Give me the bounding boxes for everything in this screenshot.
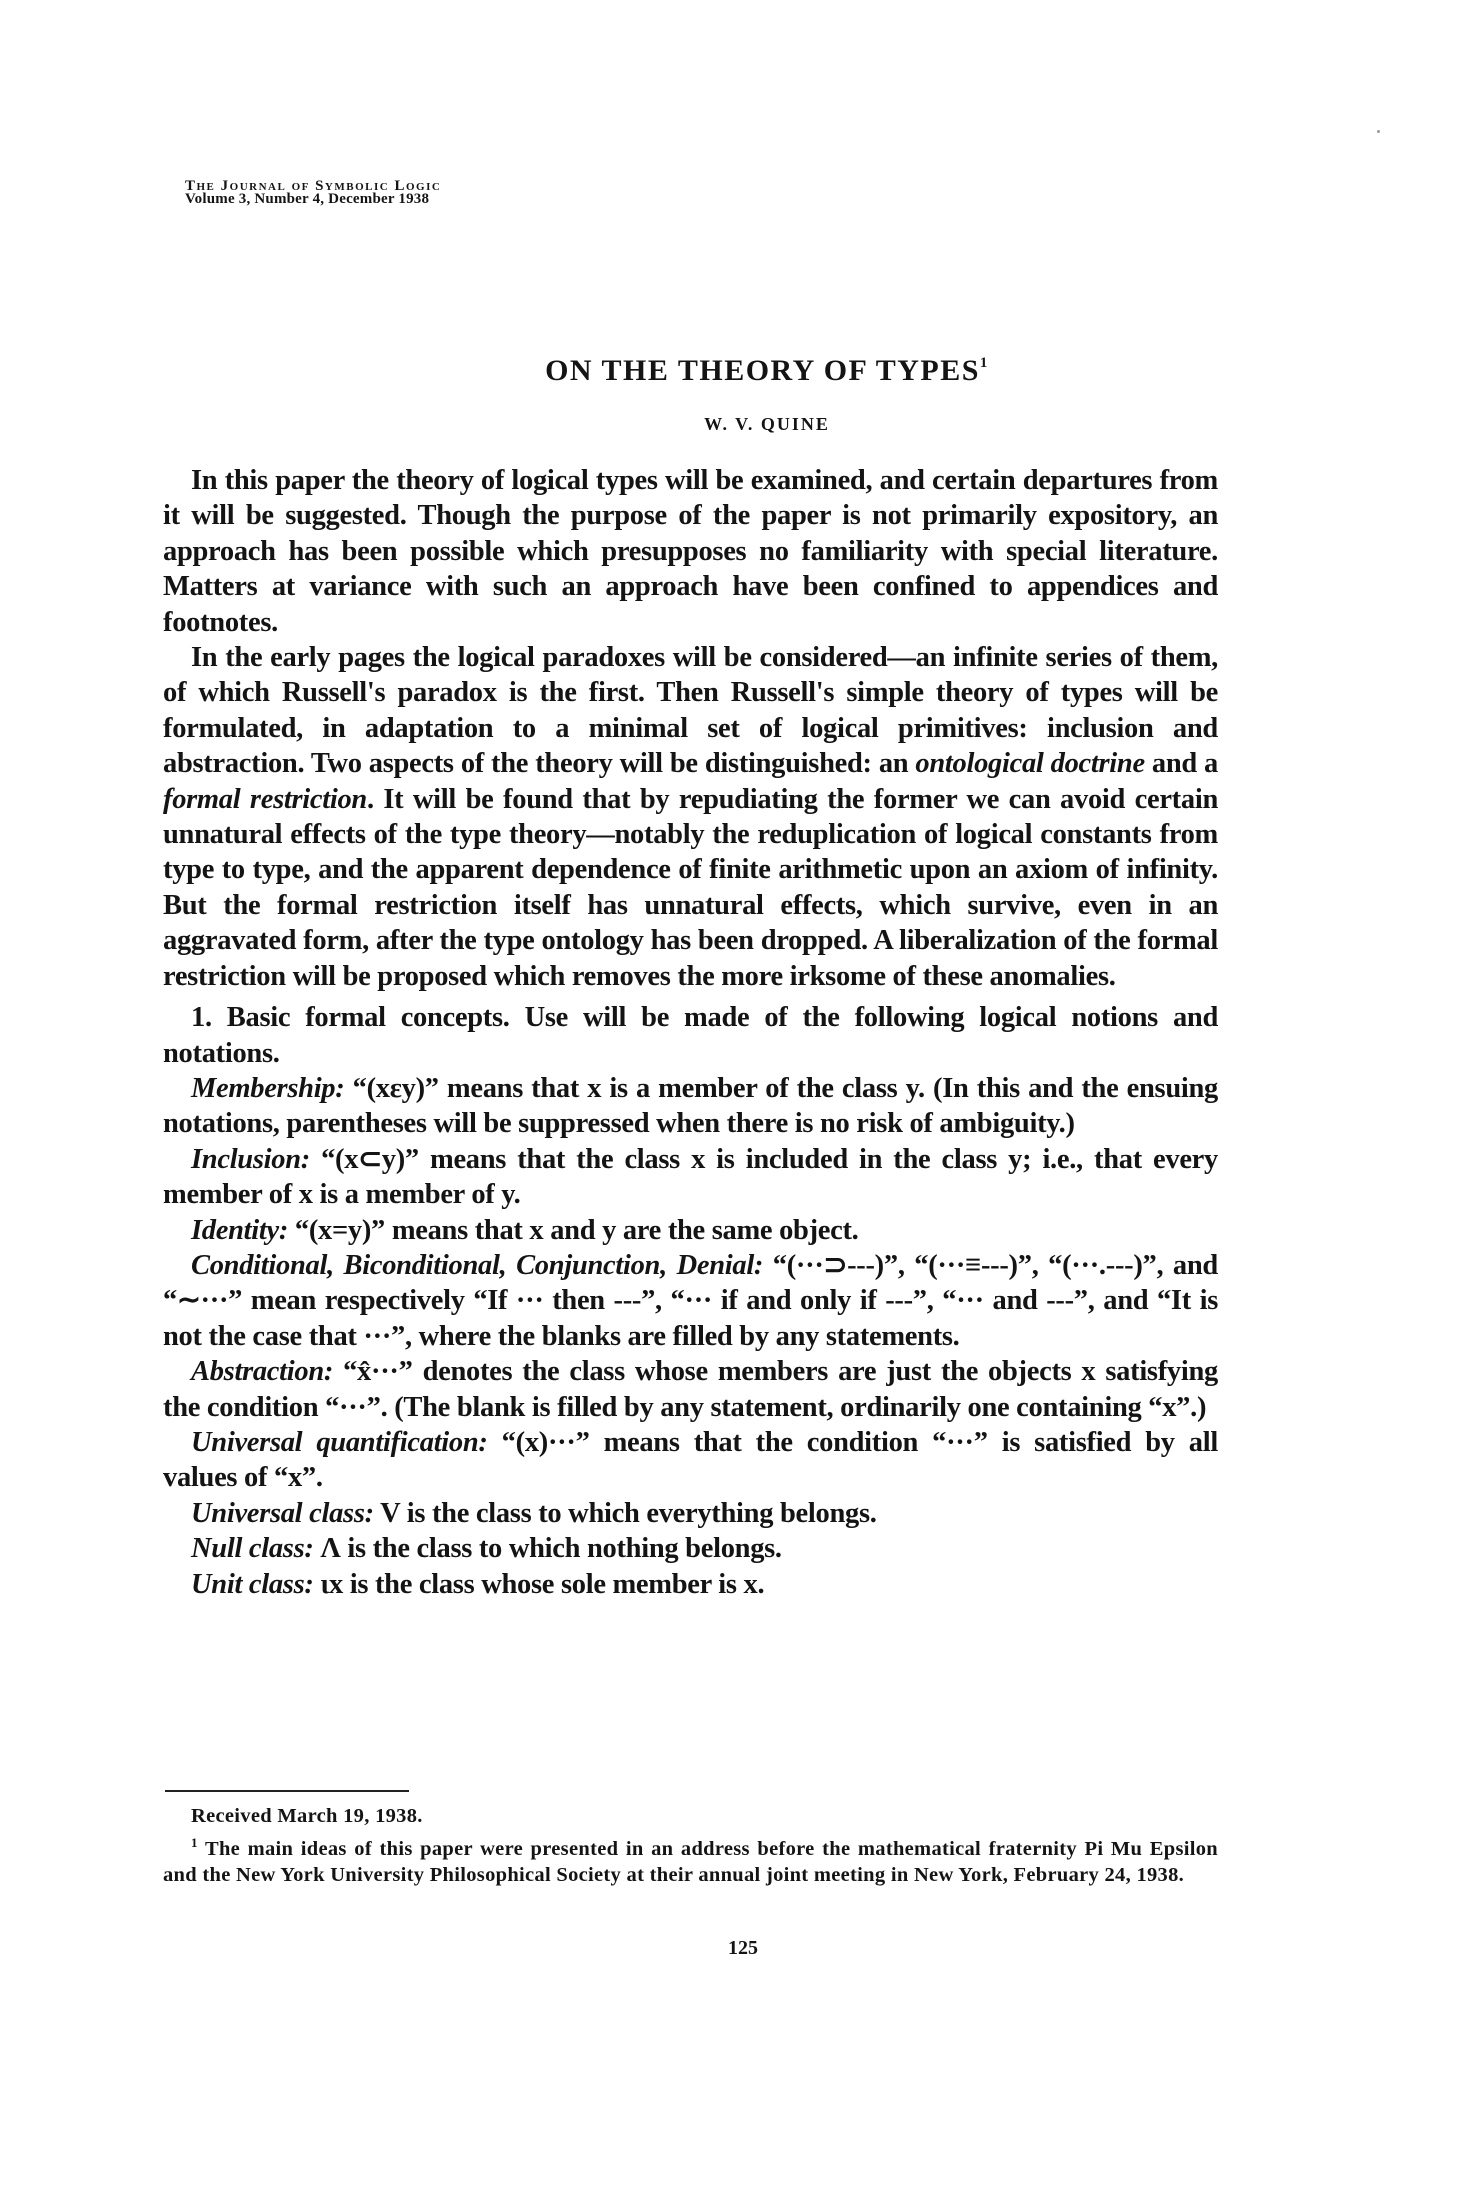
definition-term: Conditional, Biconditional, Conjunction,… [191,1250,763,1281]
definition-text: Λ is the class to which nothing belongs. [314,1533,782,1564]
section-title: Basic formal concepts. [227,1002,510,1033]
definition-term: Unit class: [191,1569,314,1600]
definition-inclusion: Inclusion: “(x⊂y)” means that the class … [163,1142,1218,1213]
definition-term: Abstraction: [191,1356,333,1387]
definition-term: Null class: [191,1533,314,1564]
section-1-heading-paragraph: 1. Basic formal concepts. Use will be ma… [163,1000,1218,1071]
definition-identity: Identity: “(x=y)” means that x and y are… [163,1213,1218,1248]
definition-term: Membership: [191,1073,344,1104]
section-number: 1. [191,1002,212,1033]
definition-connectives: Conditional, Biconditional, Conjunction,… [163,1248,1218,1354]
definition-null-class: Null class: Λ is the class to which noth… [163,1531,1218,1566]
definition-universal-class: Universal class: V is the class to which… [163,1496,1218,1531]
footnote-1-text: The main ideas of this paper were presen… [163,1837,1218,1886]
article-author: W. V. QUINE [0,414,1474,435]
definition-universal-quantification: Universal quantification: “(x)···” means… [163,1425,1218,1496]
received-date: Received March 19, 1938. [163,1803,1218,1830]
intro-paragraph-2: In the early pages the logical paradoxes… [163,640,1218,994]
definition-abstraction: Abstraction: “x̂···” denotes the class w… [163,1354,1218,1425]
journal-issue: Volume 3, Number 4, December 1938 [185,193,441,206]
definition-term: Identity: [191,1215,288,1246]
emphasis-ontological-doctrine: ontological doctrine [915,748,1144,779]
definition-unit-class: Unit class: ιx is the class whose sole m… [163,1567,1218,1602]
definition-term: Inclusion: [191,1144,310,1175]
footnote-divider [165,1790,409,1792]
body-text: In this paper the theory of logical type… [163,463,1218,1602]
footnotes: Received March 19, 1938. 1 The main idea… [163,1803,1218,1888]
definition-text: ιx is the class whose sole member is x. [314,1569,765,1600]
title-footnote-mark: 1 [980,355,989,371]
emphasis-formal-restriction: formal restriction [163,784,367,815]
intro-p2-text-b: and a [1145,748,1218,779]
footnote-1: 1 The main ideas of this paper were pres… [163,1830,1218,1889]
article-title: ON THE THEORY OF TYPES1 [0,354,1474,388]
definition-text: “(x=y)” means that x and y are the same … [288,1215,858,1246]
definition-term: Universal class: [191,1498,374,1529]
journal-header: The Journal of Symbolic Logic Volume 3, … [185,180,441,206]
page-number: 125 [0,1937,1474,1960]
definition-membership: Membership: “(xεy)” means that x is a me… [163,1071,1218,1142]
footnote-mark: 1 [191,1835,198,1850]
scan-speck [1377,130,1380,133]
paper-page: The Journal of Symbolic Logic Volume 3, … [0,0,1474,2200]
definition-text: V is the class to which everything belon… [374,1498,877,1529]
definition-term: Universal quantification: [191,1427,488,1458]
definition-text: “(x⊂y)” means that the class x is includ… [163,1144,1218,1210]
intro-paragraph-1: In this paper the theory of logical type… [163,463,1218,640]
article-title-text: ON THE THEORY OF TYPES [545,354,980,387]
